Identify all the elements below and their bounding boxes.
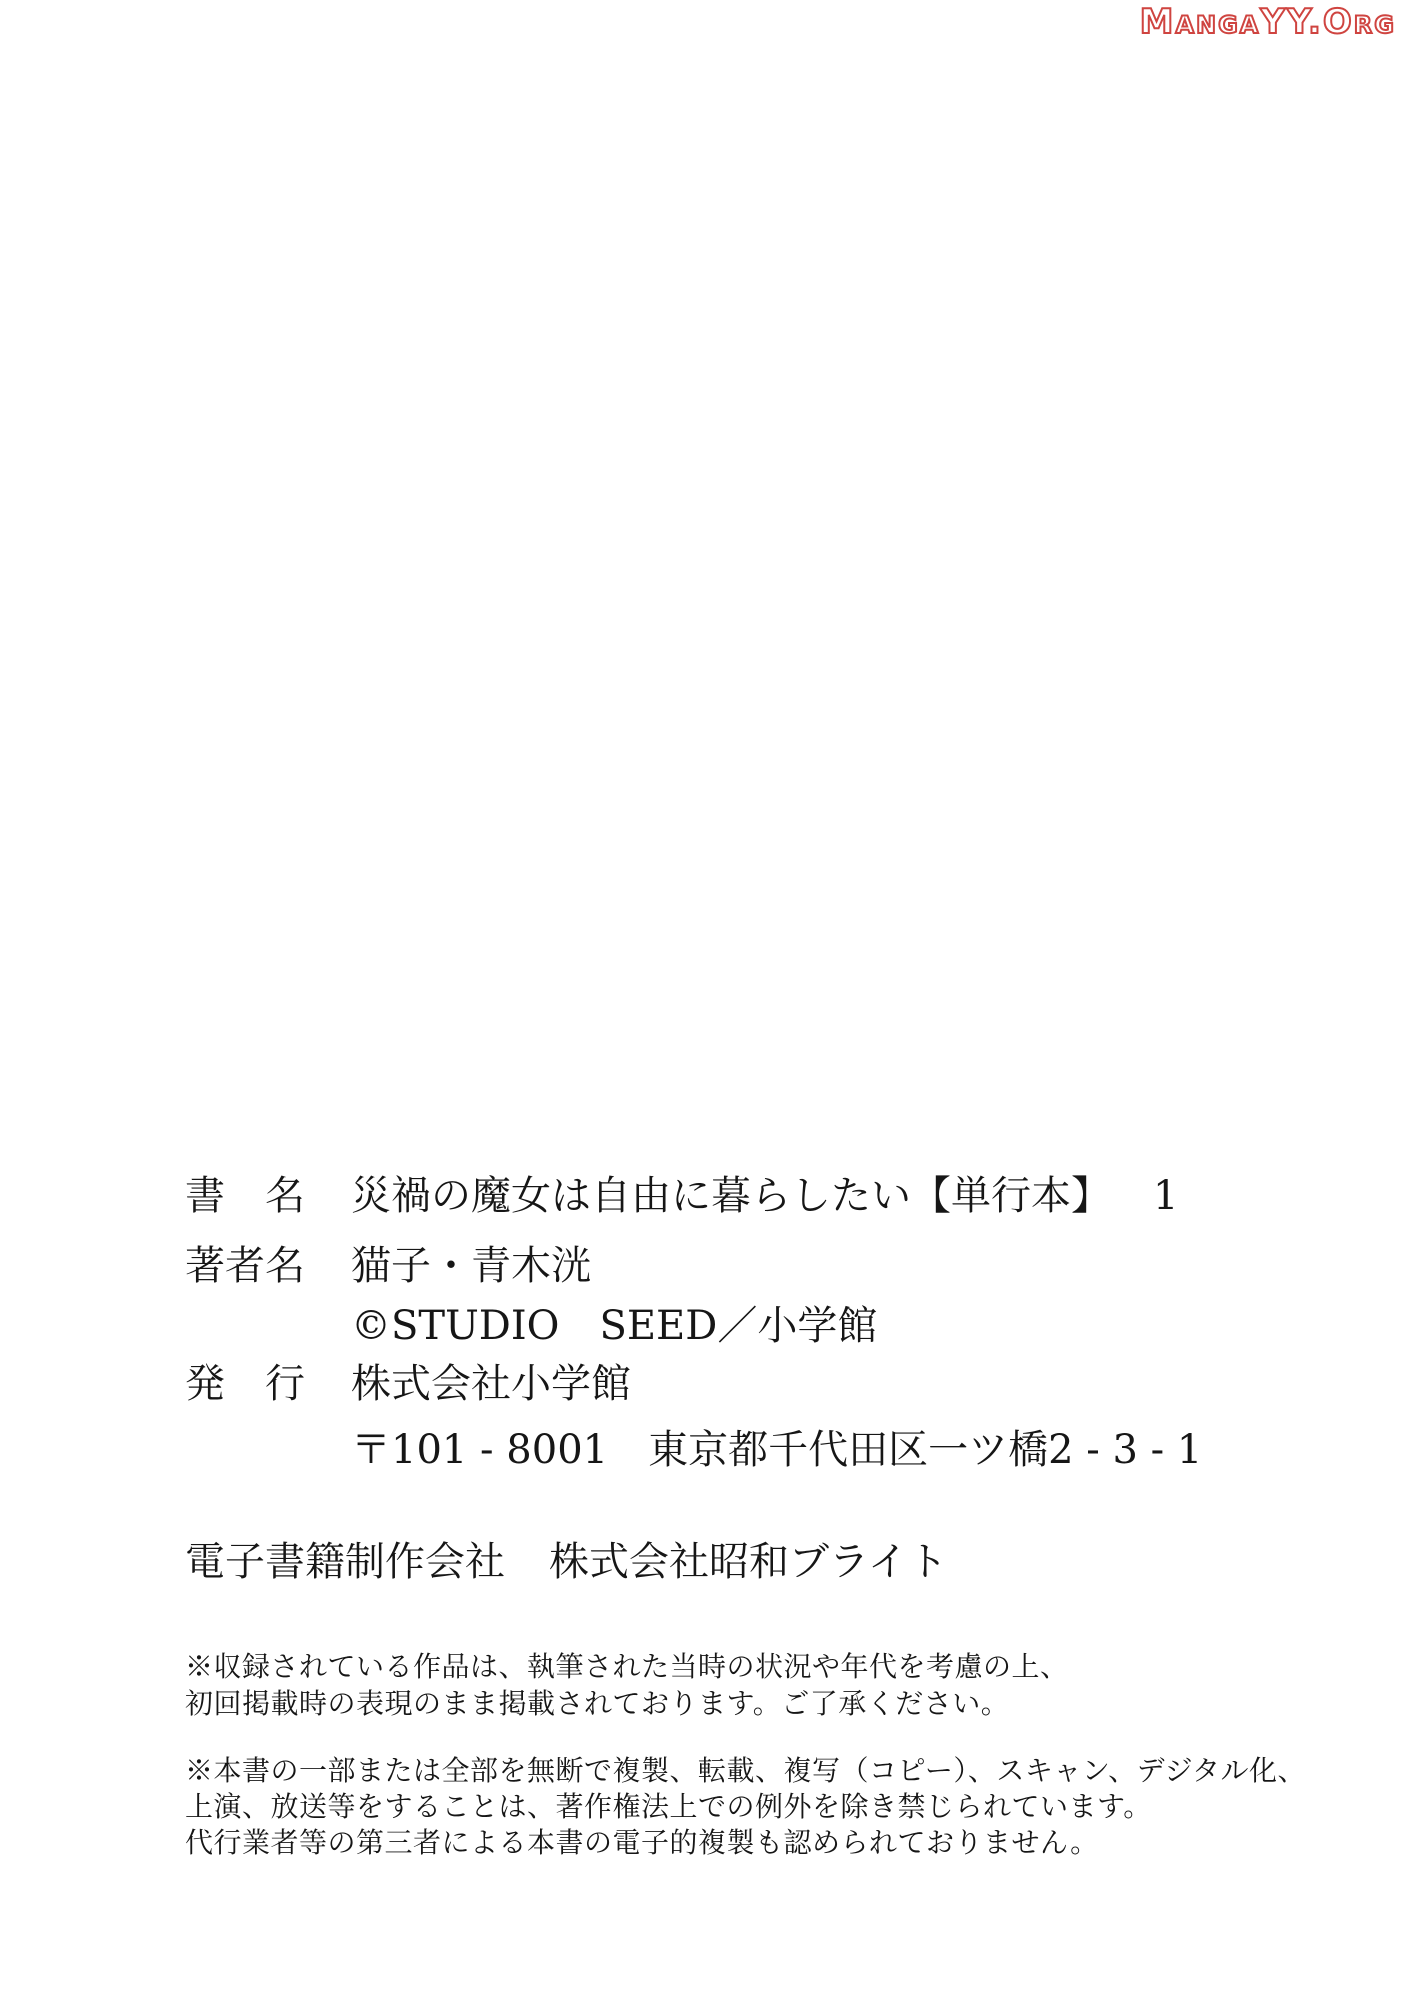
disclaimer-note-2-line-3: 代行業者等の第三者による本書の電子的複製も認められておりません。 xyxy=(185,1825,1306,1861)
copyright-row: ©STUDIO SEED／小学館 xyxy=(185,1301,877,1351)
ebook-production-row: 電子書籍制作会社 株式会社昭和ブライト xyxy=(185,1537,948,1587)
ebook-production-value: 株式会社昭和ブライト xyxy=(549,1537,948,1587)
author-row: 著者名 猫子・青木洸 xyxy=(185,1241,591,1291)
publisher-row: 発 行 株式会社小学館 xyxy=(185,1359,631,1409)
volume-number: 1 xyxy=(1153,1171,1178,1221)
ebook-production-label: 電子書籍制作会社 xyxy=(185,1537,505,1587)
book-title-value: 災禍の魔女は自由に暮らしたい【単行本】 xyxy=(351,1171,1111,1221)
disclaimer-note-1: ※収録されている作品は、執筆された当時の状況や年代を考慮の上、 初回掲載時の表現… xyxy=(185,1648,1069,1722)
copyright-value: ©STUDIO SEED／小学館 xyxy=(351,1301,877,1351)
disclaimer-note-2-line-2: 上演、放送等をすることは、著作権法上での例外を除き禁じられています。 xyxy=(185,1789,1306,1825)
publisher-address-value: 〒101 - 8001 東京都千代田区一ツ橋2 - 3 - 1 xyxy=(351,1425,1202,1475)
colophon-page: MangaYY.Org 書 名 災禍の魔女は自由に暮らしたい【単行本】 1 著者… xyxy=(0,0,1406,1996)
author-value: 猫子・青木洸 xyxy=(351,1241,591,1291)
disclaimer-note-1-line-1: ※収録されている作品は、執筆された当時の状況や年代を考慮の上、 xyxy=(185,1648,1069,1685)
disclaimer-note-1-line-2: 初回掲載時の表現のまま掲載されております。ご了承ください。 xyxy=(185,1685,1069,1722)
publisher-address-row: 〒101 - 8001 東京都千代田区一ツ橋2 - 3 - 1 xyxy=(185,1425,1202,1475)
publisher-value: 株式会社小学館 xyxy=(351,1359,631,1409)
site-watermark: MangaYY.Org xyxy=(1140,2,1396,42)
disclaimer-note-2-line-1: ※本書の一部または全部を無断で複製、転載、複写（コピー）、スキャン、デジタル化、 xyxy=(185,1753,1306,1789)
disclaimer-note-2: ※本書の一部または全部を無断で複製、転載、複写（コピー）、スキャン、デジタル化、… xyxy=(185,1753,1306,1861)
book-title-label: 書 名 xyxy=(185,1171,307,1221)
author-label: 著者名 xyxy=(185,1241,307,1291)
book-title-row: 書 名 災禍の魔女は自由に暮らしたい【単行本】 1 xyxy=(185,1171,1178,1221)
publisher-label: 発 行 xyxy=(185,1359,307,1409)
